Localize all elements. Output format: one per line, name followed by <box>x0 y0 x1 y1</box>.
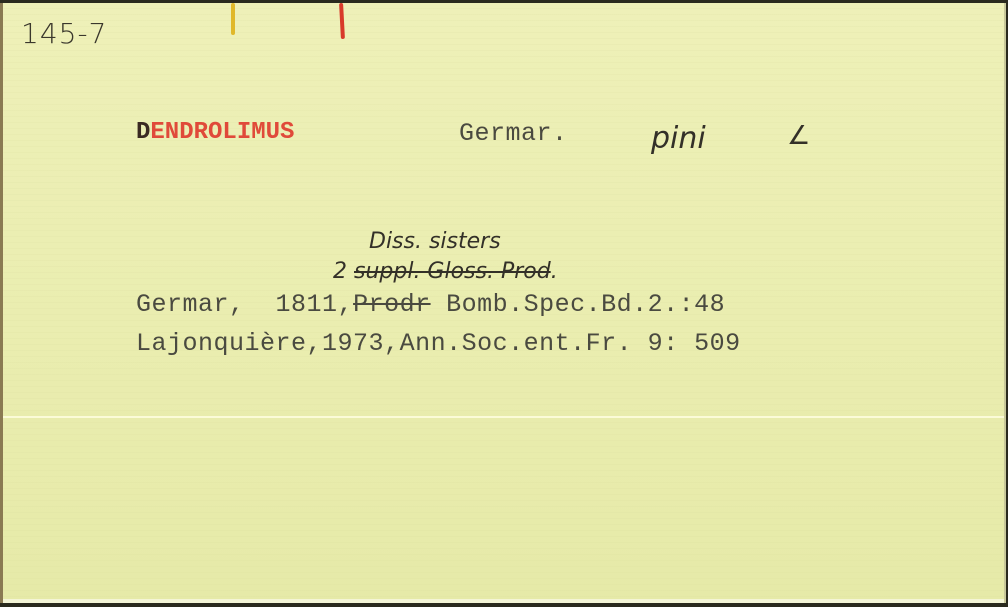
annotation-line-2: 2 suppl. Gloss. Prod. <box>333 259 558 284</box>
yellow-tab-marker <box>231 3 235 35</box>
reference-citation: Ann.Soc.ent.Fr. 9: 509 <box>400 329 741 358</box>
reference-struck: Prodr <box>353 290 431 319</box>
genus-author: Germar. <box>459 119 568 148</box>
index-card: 145-7 DENDROLIMUS Germar. pini ∠ Diss. s… <box>0 3 1006 603</box>
reference-citation: Bomb.Spec.Bd.2.:48 <box>446 290 725 319</box>
genus-name: DENDROLIMUS <box>136 119 294 146</box>
card-bottom-edge <box>3 599 1004 603</box>
reference-year: 1973 <box>322 329 384 358</box>
reference-row: Lajonquière,1973,Ann.Soc.ent.Fr. 9: 509 <box>136 329 741 358</box>
check-mark: ∠ <box>787 121 810 151</box>
card-number: 145-7 <box>21 17 107 50</box>
reference-author: Lajonquière, <box>136 329 322 358</box>
red-tab-marker <box>339 3 345 39</box>
reference-year: 1811 <box>276 290 338 319</box>
card-crease <box>3 416 1004 418</box>
annotation-end: . <box>551 259 558 284</box>
reference-author: Germar, <box>136 290 245 319</box>
species-handwritten: pini <box>651 121 706 156</box>
genus-rest: ENDROLIMUS <box>150 119 294 146</box>
annotation-struck: suppl. Gloss. Prod <box>354 259 551 284</box>
genus-first-letter: D <box>136 119 150 146</box>
annotation-number: 2 <box>333 259 347 284</box>
annotation-line-1: Diss. sisters <box>369 229 501 254</box>
reference-row: Germar, 1811,Prodr Bomb.Spec.Bd.2.:48 <box>136 290 725 319</box>
